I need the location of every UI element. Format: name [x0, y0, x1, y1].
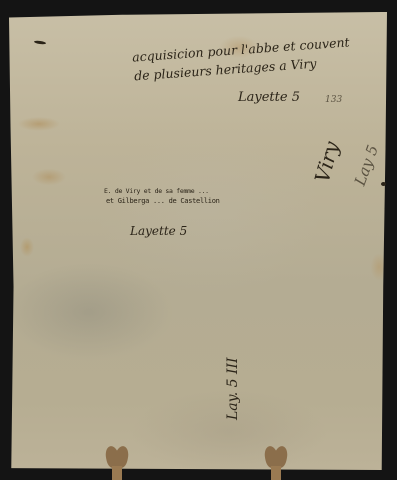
- mounting-clip-right: [265, 446, 287, 480]
- clip-stem: [112, 466, 122, 480]
- top-layette-label: Layette 5: [238, 91, 300, 104]
- top-document-number: 133: [325, 96, 342, 105]
- mounting-clip-left: [106, 446, 128, 480]
- middle-layette-label: Layette 5: [130, 225, 187, 237]
- middle-annotation-line-2: et Gilberga ... de Castellion: [106, 198, 220, 205]
- parchment-document: [9, 12, 387, 470]
- ink-blot: [381, 182, 386, 186]
- bottom-shelfmark: Lay. 5 III: [226, 357, 240, 420]
- middle-annotation-line-1: E. de Viry et de sa femme ...: [104, 188, 209, 195]
- clip-stem: [271, 466, 281, 480]
